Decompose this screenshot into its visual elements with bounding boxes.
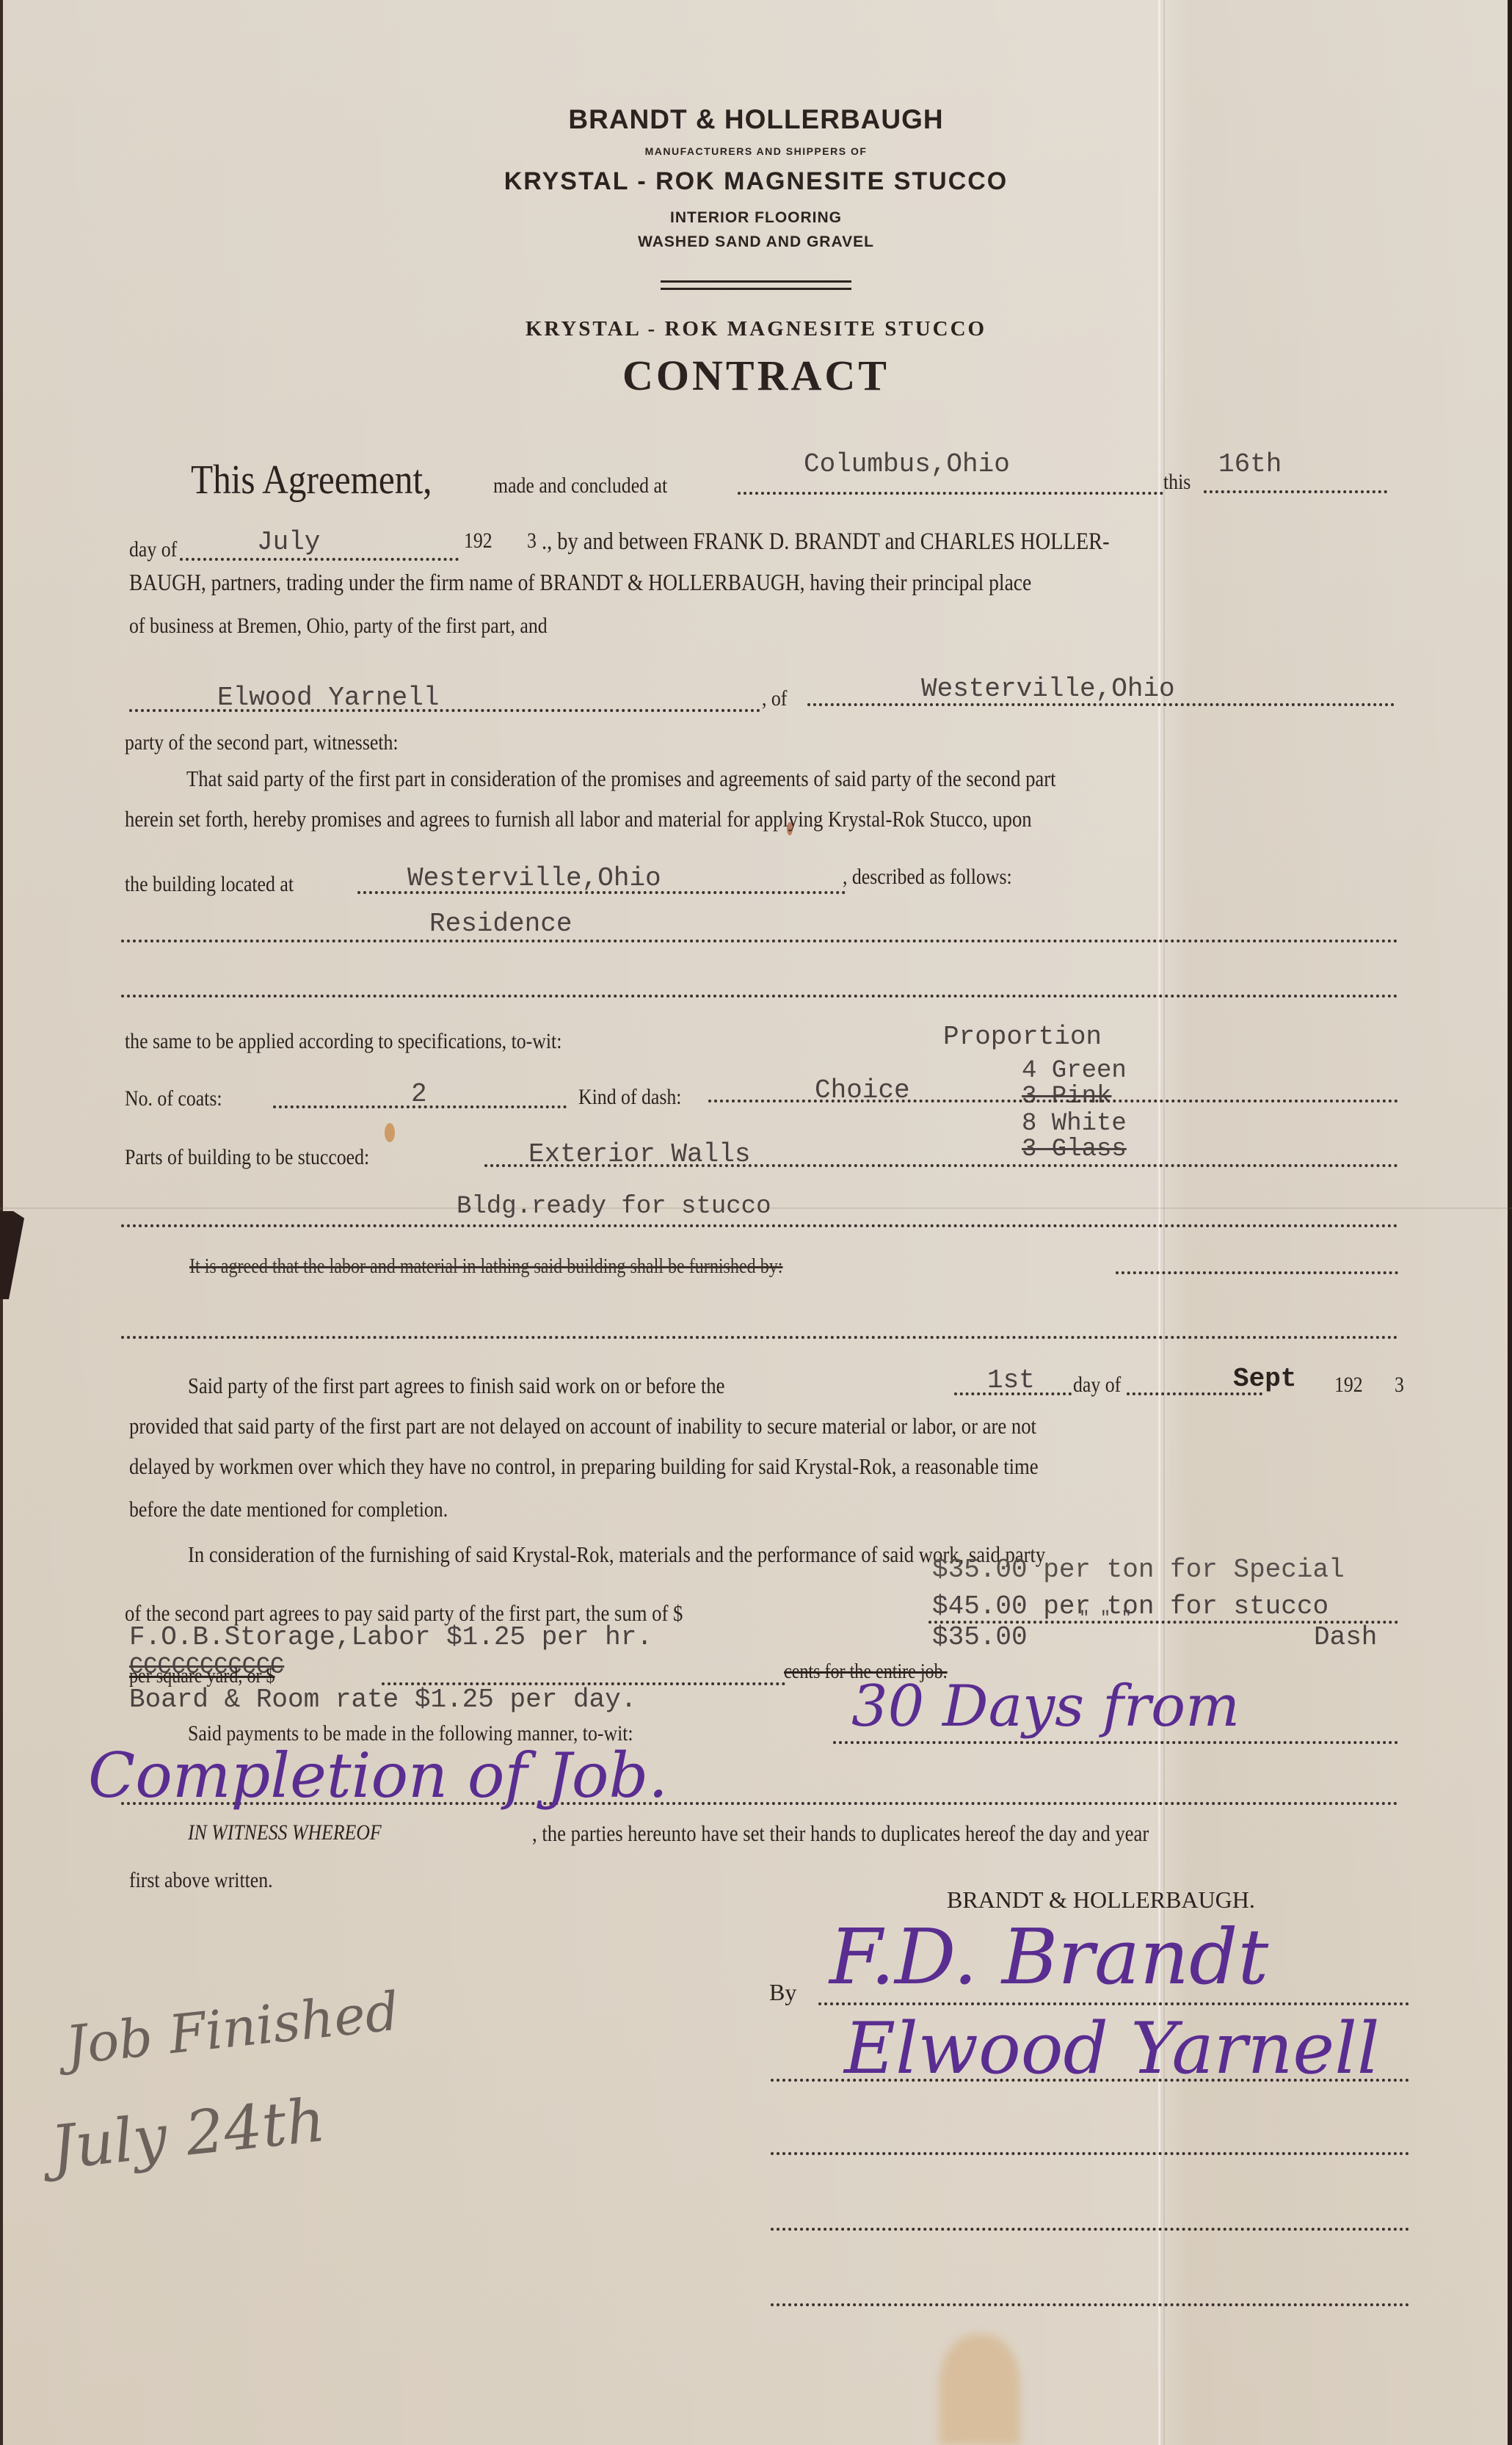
lathing-line [1116, 1271, 1398, 1274]
completion-line1: Said party of the first part agrees to f… [188, 1373, 724, 1399]
torn-edge [0, 1211, 44, 1299]
note-line [121, 1224, 1398, 1227]
fob-labor-field: F.O.B.Storage,Labor $1.25 per hr. [129, 1622, 653, 1652]
stain [939, 2334, 1020, 2445]
manner-line [833, 1741, 1398, 1744]
signature-yarnell: Elwood Yarnell [844, 2008, 1380, 2090]
pencil-note-job-finished: Job Finished [63, 1980, 402, 2077]
product-line-sand: WASHED SAND AND GRAVEL [0, 233, 1512, 251]
proportion-pink: 3 Pink [1022, 1083, 1111, 1111]
witness-line2: first above written. [129, 1868, 273, 1893]
contract-page: BRANDT & HOLLERBAUGH MANUFACTURERS AND S… [0, 0, 1512, 2445]
parties-text: ., by and between FRANK D. BRANDT and CH… [542, 528, 1110, 556]
described-label: , described as follows: [843, 865, 1012, 890]
place-line [738, 492, 1163, 495]
special-rate-field: $35.00 per ton for Special [932, 1555, 1345, 1585]
witness-lead: IN WITNESS WHEREOF [188, 1820, 382, 1845]
by-label: By [769, 1979, 796, 2006]
handwritten-payment-terms-2: Completion of Job. [88, 1740, 668, 1812]
made-at-label: made and concluded at [493, 473, 667, 498]
completion-year-suffix: 3 [1395, 1373, 1404, 1398]
coats-field: 2 [411, 1079, 427, 1109]
of-label: , of [762, 686, 787, 711]
completion-line4: before the date mentioned for completion… [129, 1497, 448, 1522]
building-description-field: Residence [429, 909, 572, 939]
lathing-clause-struck: It is agreed that the labor and material… [189, 1255, 782, 1279]
dash-line [708, 1100, 1398, 1102]
company-name: BRANDT & HOLLERBAUGH [0, 104, 1512, 135]
month-line [180, 558, 459, 561]
month-field: July [257, 527, 320, 557]
description-line-2 [121, 995, 1398, 998]
firm-signature-label: BRANDT & HOLLERBAUGH. [947, 1886, 1255, 1914]
building-label: the building located at [125, 872, 294, 897]
proportion-green: 4 Green [1022, 1057, 1127, 1085]
this-label: this [1163, 470, 1191, 495]
proportion-label: Proportion [943, 1022, 1102, 1052]
business-place-text: of business at Bremen, Ohio, party of th… [129, 614, 548, 639]
contract-subtitle: KRYSTAL - ROK MAGNESITE STUCCO [0, 317, 1512, 341]
dash-rate-label: Dash [1314, 1622, 1377, 1652]
completion-line2: provided that said party of the first pa… [129, 1413, 1036, 1439]
completion-day-field: 1st [987, 1365, 1035, 1395]
completion-day-of: day of [1073, 1373, 1121, 1398]
contract-title: CONTRACT [0, 351, 1512, 400]
witnesseth-text: party of the second part, witnesseth: [125, 730, 399, 755]
dash-label: Kind of dash: [578, 1085, 681, 1110]
building-note-field: Bldg.ready for stucco [457, 1193, 771, 1221]
company-tagline: MANUFACTURERS AND SHIPPERS OF [0, 145, 1512, 157]
parts-label: Parts of building to be stuccoed: [125, 1145, 369, 1170]
signature-line-4 [771, 2228, 1409, 2231]
second-party-name: Elwood Yarnell [217, 683, 439, 713]
signature-line-3 [771, 2152, 1409, 2155]
day-line [1204, 490, 1387, 493]
dash-field: Choice [815, 1075, 910, 1105]
completion-year-prefix: 192 [1334, 1373, 1363, 1398]
partners-text: BAUGH, partners, trading under the firm … [129, 569, 1031, 596]
year-prefix: 192 [464, 528, 493, 553]
parts-field: Exterior Walls [528, 1139, 750, 1169]
board-room-field: Board & Room rate $1.25 per day. [129, 1685, 636, 1715]
stain [385, 1123, 395, 1142]
divider-rule [661, 288, 851, 290]
day-of-label: day of [129, 537, 177, 562]
payment-line1: In consideration of the furnishing of sa… [188, 1541, 1045, 1568]
lathing-line-2 [121, 1336, 1398, 1339]
clause1-line1: That said party of the first part in con… [186, 766, 1056, 792]
signature-line-1 [818, 2002, 1409, 2005]
pencil-note-date: July 24th [48, 2085, 328, 2184]
clause1-line2: herein set forth, hereby promises and ag… [125, 806, 1032, 832]
proportion-white: 8 White [1022, 1110, 1127, 1138]
building-location-field: Westerville,Ohio [407, 863, 661, 893]
completion-month-field: Sept [1233, 1364, 1296, 1394]
divider-rule [661, 280, 851, 283]
place-field: Columbus,Ohio [804, 449, 1010, 479]
witness-text: , the parties hereunto have set their ha… [532, 1820, 1149, 1847]
second-party-location: Westerville,Ohio [921, 674, 1175, 704]
signature-brandt: F.D. Brandt [829, 1912, 1268, 2002]
day-field: 16th [1218, 449, 1282, 479]
product-name: KRYSTAL - ROK MAGNESITE STUCCO [0, 167, 1512, 196]
description-line [121, 940, 1398, 942]
specs-intro: the same to be applied according to spec… [125, 1029, 561, 1054]
ditto-marks: " " " [1079, 1609, 1132, 1629]
product-line-flooring: INTERIOR FLOORING [0, 209, 1512, 227]
dash-rate-field: $35.00 [932, 1622, 1028, 1652]
completion-line3: delayed by workmen over which they have … [129, 1453, 1039, 1480]
proportion-glass: 3 Glass [1022, 1136, 1127, 1163]
handwritten-payment-terms-1: 30 Days from [851, 1674, 1240, 1740]
signature-line-5 [771, 2303, 1409, 2306]
year-suffix: 3 [527, 528, 537, 553]
agreement-lead: This Agreement, [191, 457, 432, 504]
coats-label: No. of coats: [125, 1086, 222, 1111]
